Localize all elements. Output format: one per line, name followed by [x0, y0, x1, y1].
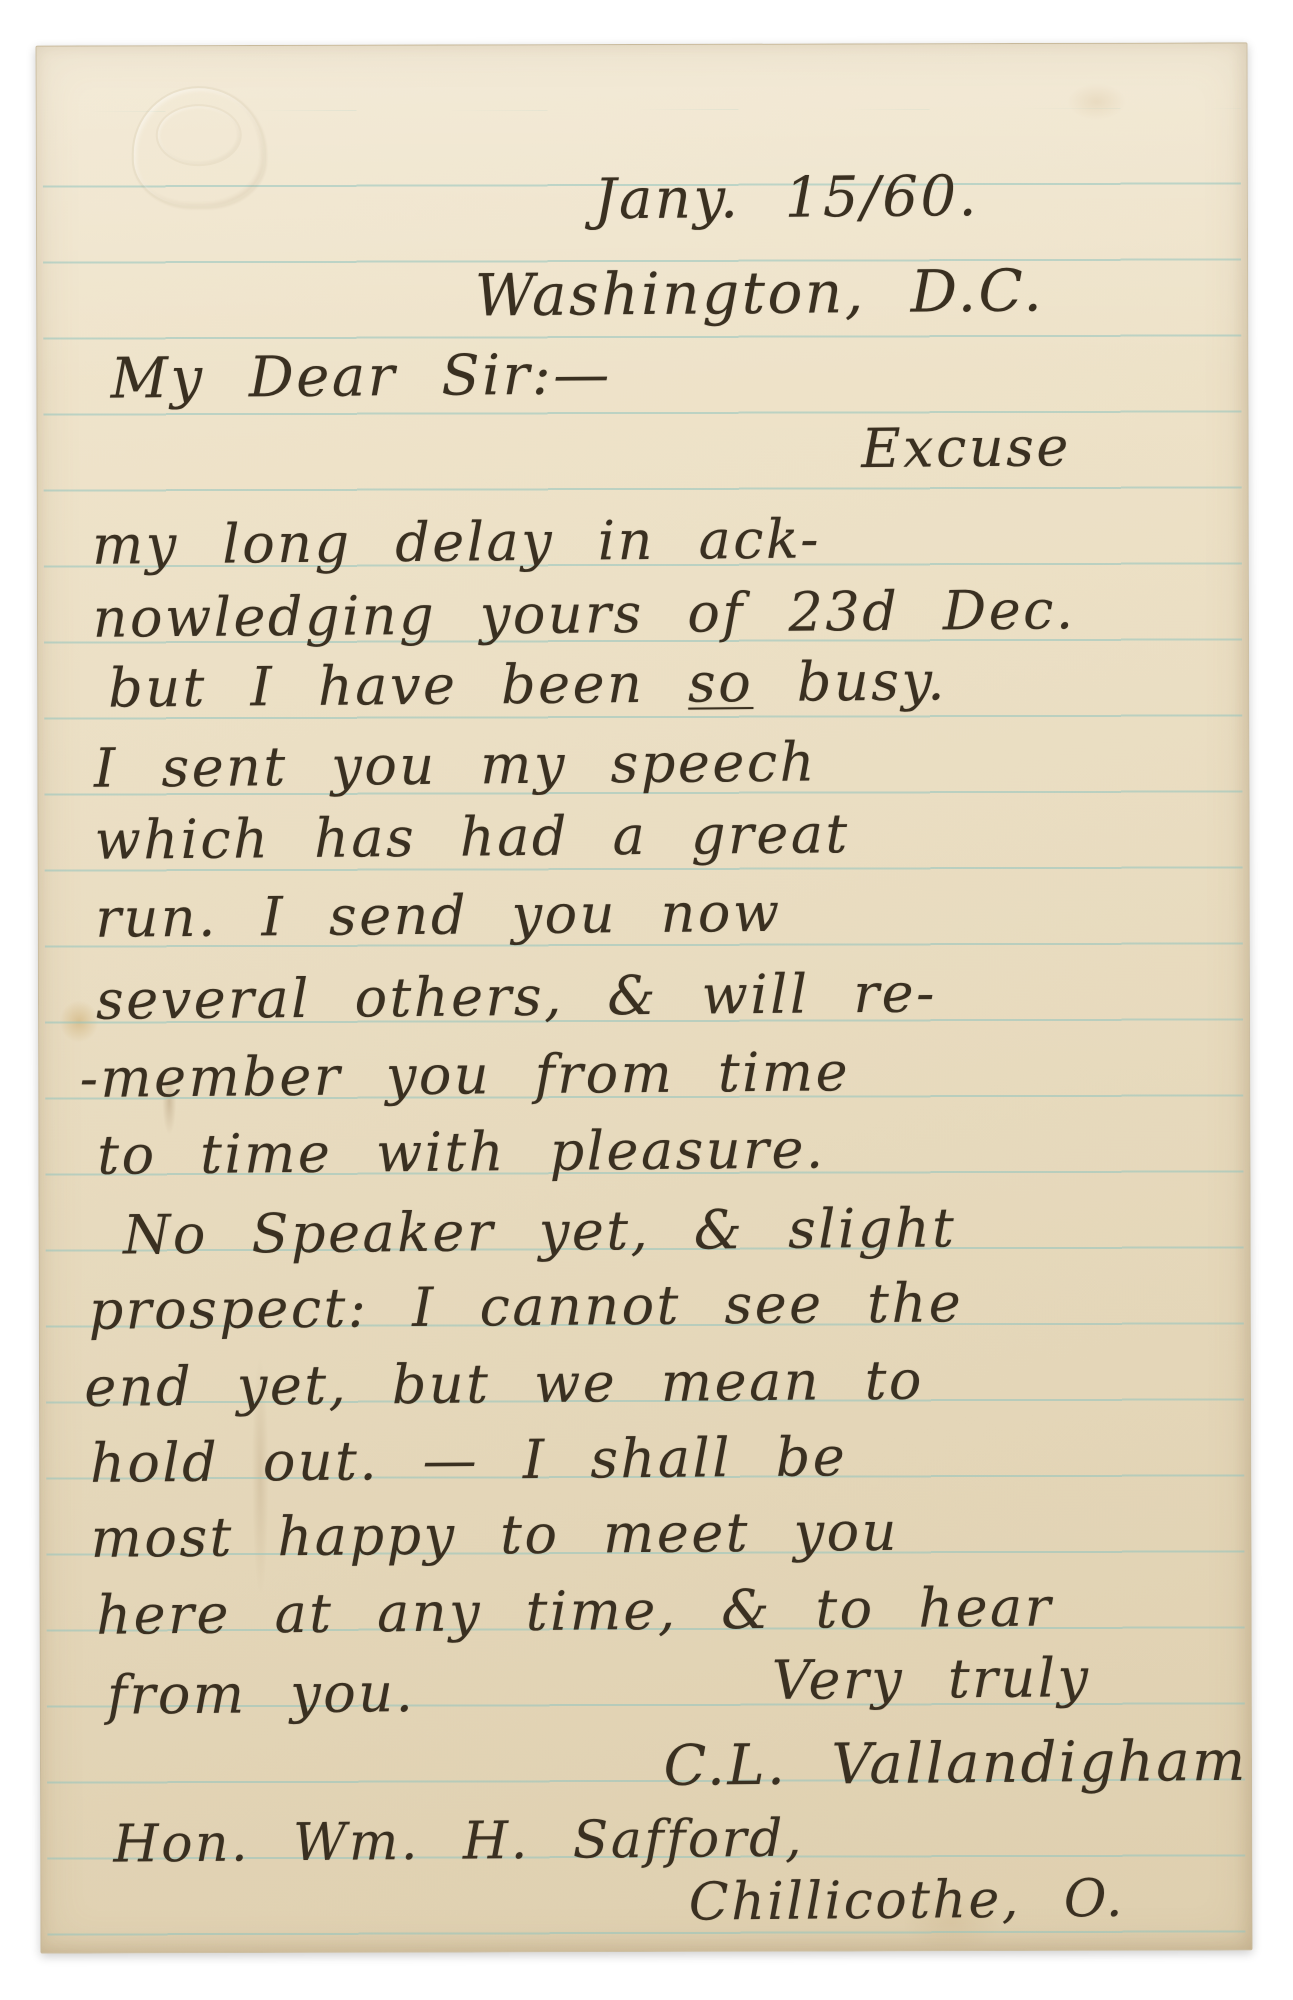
line-body-16: here at any time, & to hear [96, 1580, 1053, 1642]
line-body-4: but I have been so busy. [108, 654, 947, 715]
letter-photo: Jany. 15/60.Washington, D.C.My Dear Sir:… [0, 0, 1293, 2000]
line-signature: C.L. Vallandigham [663, 1734, 1248, 1795]
line-body-15: most happy to meet you [90, 1505, 899, 1566]
letter-paper: Jany. 15/60.Washington, D.C.My Dear Sir:… [36, 42, 1253, 1953]
line-body-7: run. I send you now [95, 886, 782, 946]
line-body-2: my long delay in ack- [92, 512, 821, 572]
line-dateline: Jany. 15/60. [594, 169, 979, 228]
line-body-8: several others, & will re- [96, 966, 937, 1027]
letter-lines: Jany. 15/60.Washington, D.C.My Dear Sir:… [31, 40, 1258, 1956]
line-body-12: prospect: I cannot see the [88, 1276, 963, 1338]
line-body-3: nowledging yours of 23d Dec. [92, 583, 1075, 646]
line-body-10: to time with pleasure. [97, 1122, 826, 1182]
line-body-13: end yet, but we mean to [84, 1354, 924, 1415]
line-body-6: which has had a great [94, 807, 850, 868]
line-body-1: Excuse [861, 420, 1071, 476]
line-salutation: My Dear Sir:— [110, 347, 612, 407]
line-recipient-name: Hon. Wm. H. Safford, [113, 1813, 804, 1871]
line-body-9: -member you from time [79, 1045, 850, 1106]
line-body-11: No Speaker yet, & slight [123, 1201, 957, 1262]
line-closing: Very truly [772, 1651, 1091, 1708]
line-body-5: I sent you my speech [94, 735, 817, 795]
line-place: Washington, D.C. [475, 261, 1045, 324]
line-body-17: from you. [107, 1666, 416, 1723]
line-body-14: hold out. — I shall be [90, 1430, 848, 1491]
line-recipient-city: Chillicothe, O. [689, 1873, 1125, 1929]
